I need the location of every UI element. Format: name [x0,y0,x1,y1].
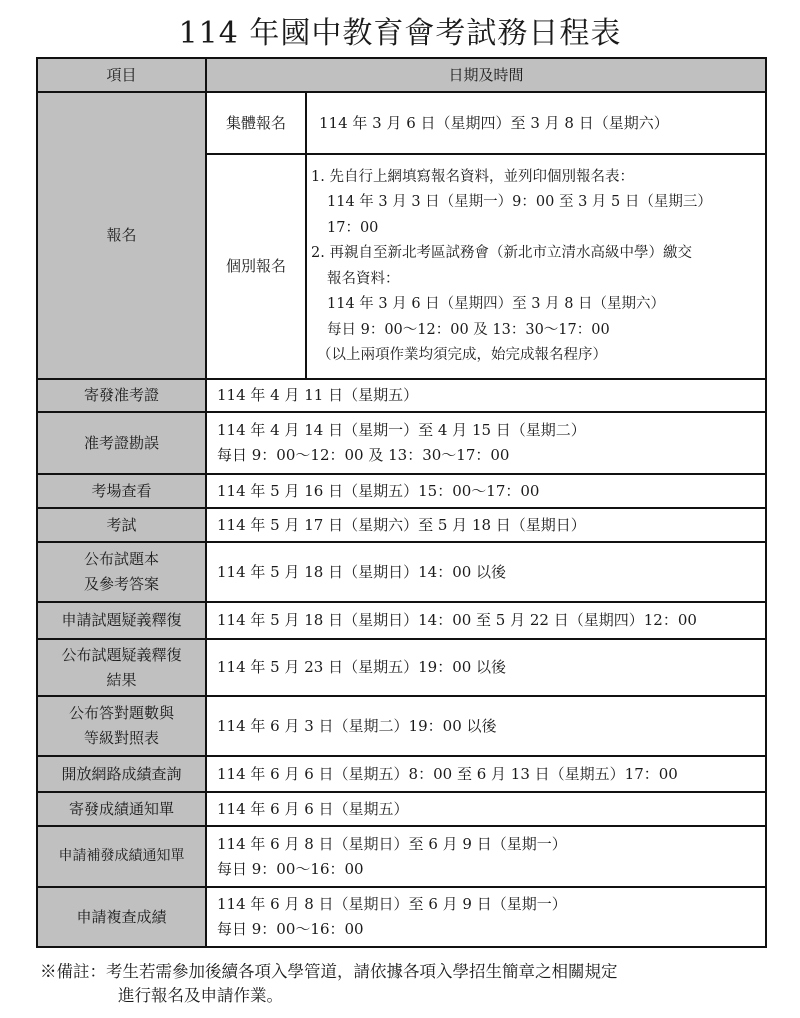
table-row: 公布試題疑義釋復結果 114 年 5 月 23 日（星期五）19：00 以後 [37,639,766,696]
individual-registration-value: 1. 先自行上網填寫報名資料，並列印個別報名表： 114 年 3 月 3 日（星… [306,154,766,379]
schedule-table: 項目 日期及時間 報名 集體報名 114 年 3 月 6 日（星期四）至 3 月… [36,57,767,948]
individual-registration-label: 個別報名 [206,154,306,379]
table-row: 申請複查成績 114 年 6 月 8 日（星期日）至 6 月 9 日（星期一）每… [37,887,766,947]
header-item: 項目 [37,58,206,92]
table-row: 寄發成績通知單 114 年 6 月 6 日（星期五） [37,792,766,826]
table-row: 申請補發成績通知單 114 年 6 月 8 日（星期日）至 6 月 9 日（星期… [37,826,766,887]
table-row: 考場查看 114 年 5 月 16 日（星期五）15：00～17：00 [37,474,766,508]
group-registration-label: 集體報名 [206,92,306,154]
table-row: 開放網路成績查詢 114 年 6 月 6 日（星期五）8：00 至 6 月 13… [37,756,766,792]
table-row: 寄發准考證 114 年 4 月 11 日（星期五） [37,379,766,412]
table-row: 公布答對題數與等級對照表 114 年 6 月 3 日（星期二）19：00 以後 [37,696,766,756]
group-registration-value: 114 年 3 月 6 日（星期四）至 3 月 8 日（星期六） [306,92,766,154]
table-row: 准考證勘誤 114 年 4 月 14 日（星期一）至 4 月 15 日（星期二）… [37,412,766,474]
table-row: 申請試題疑義釋復 114 年 5 月 18 日（星期日）14：00 至 5 月 … [37,602,766,639]
footnote: ※備註：考生若需參加後續各項入學管道，請依據各項入學招生簡章之相關規定 進行報名… [40,960,618,1008]
registration-label: 報名 [37,92,206,379]
table-row: 公布試題本及參考答案 114 年 5 月 18 日（星期日）14：00 以後 [37,542,766,602]
table-header-row: 項目 日期及時間 [37,58,766,92]
page-title: 114 年國中教育會考試務日程表 [0,8,800,52]
header-datetime: 日期及時間 [206,58,766,92]
table-row: 考試 114 年 5 月 17 日（星期六）至 5 月 18 日（星期日） [37,508,766,542]
table-row-registration-group: 報名 集體報名 114 年 3 月 6 日（星期四）至 3 月 8 日（星期六） [37,92,766,154]
